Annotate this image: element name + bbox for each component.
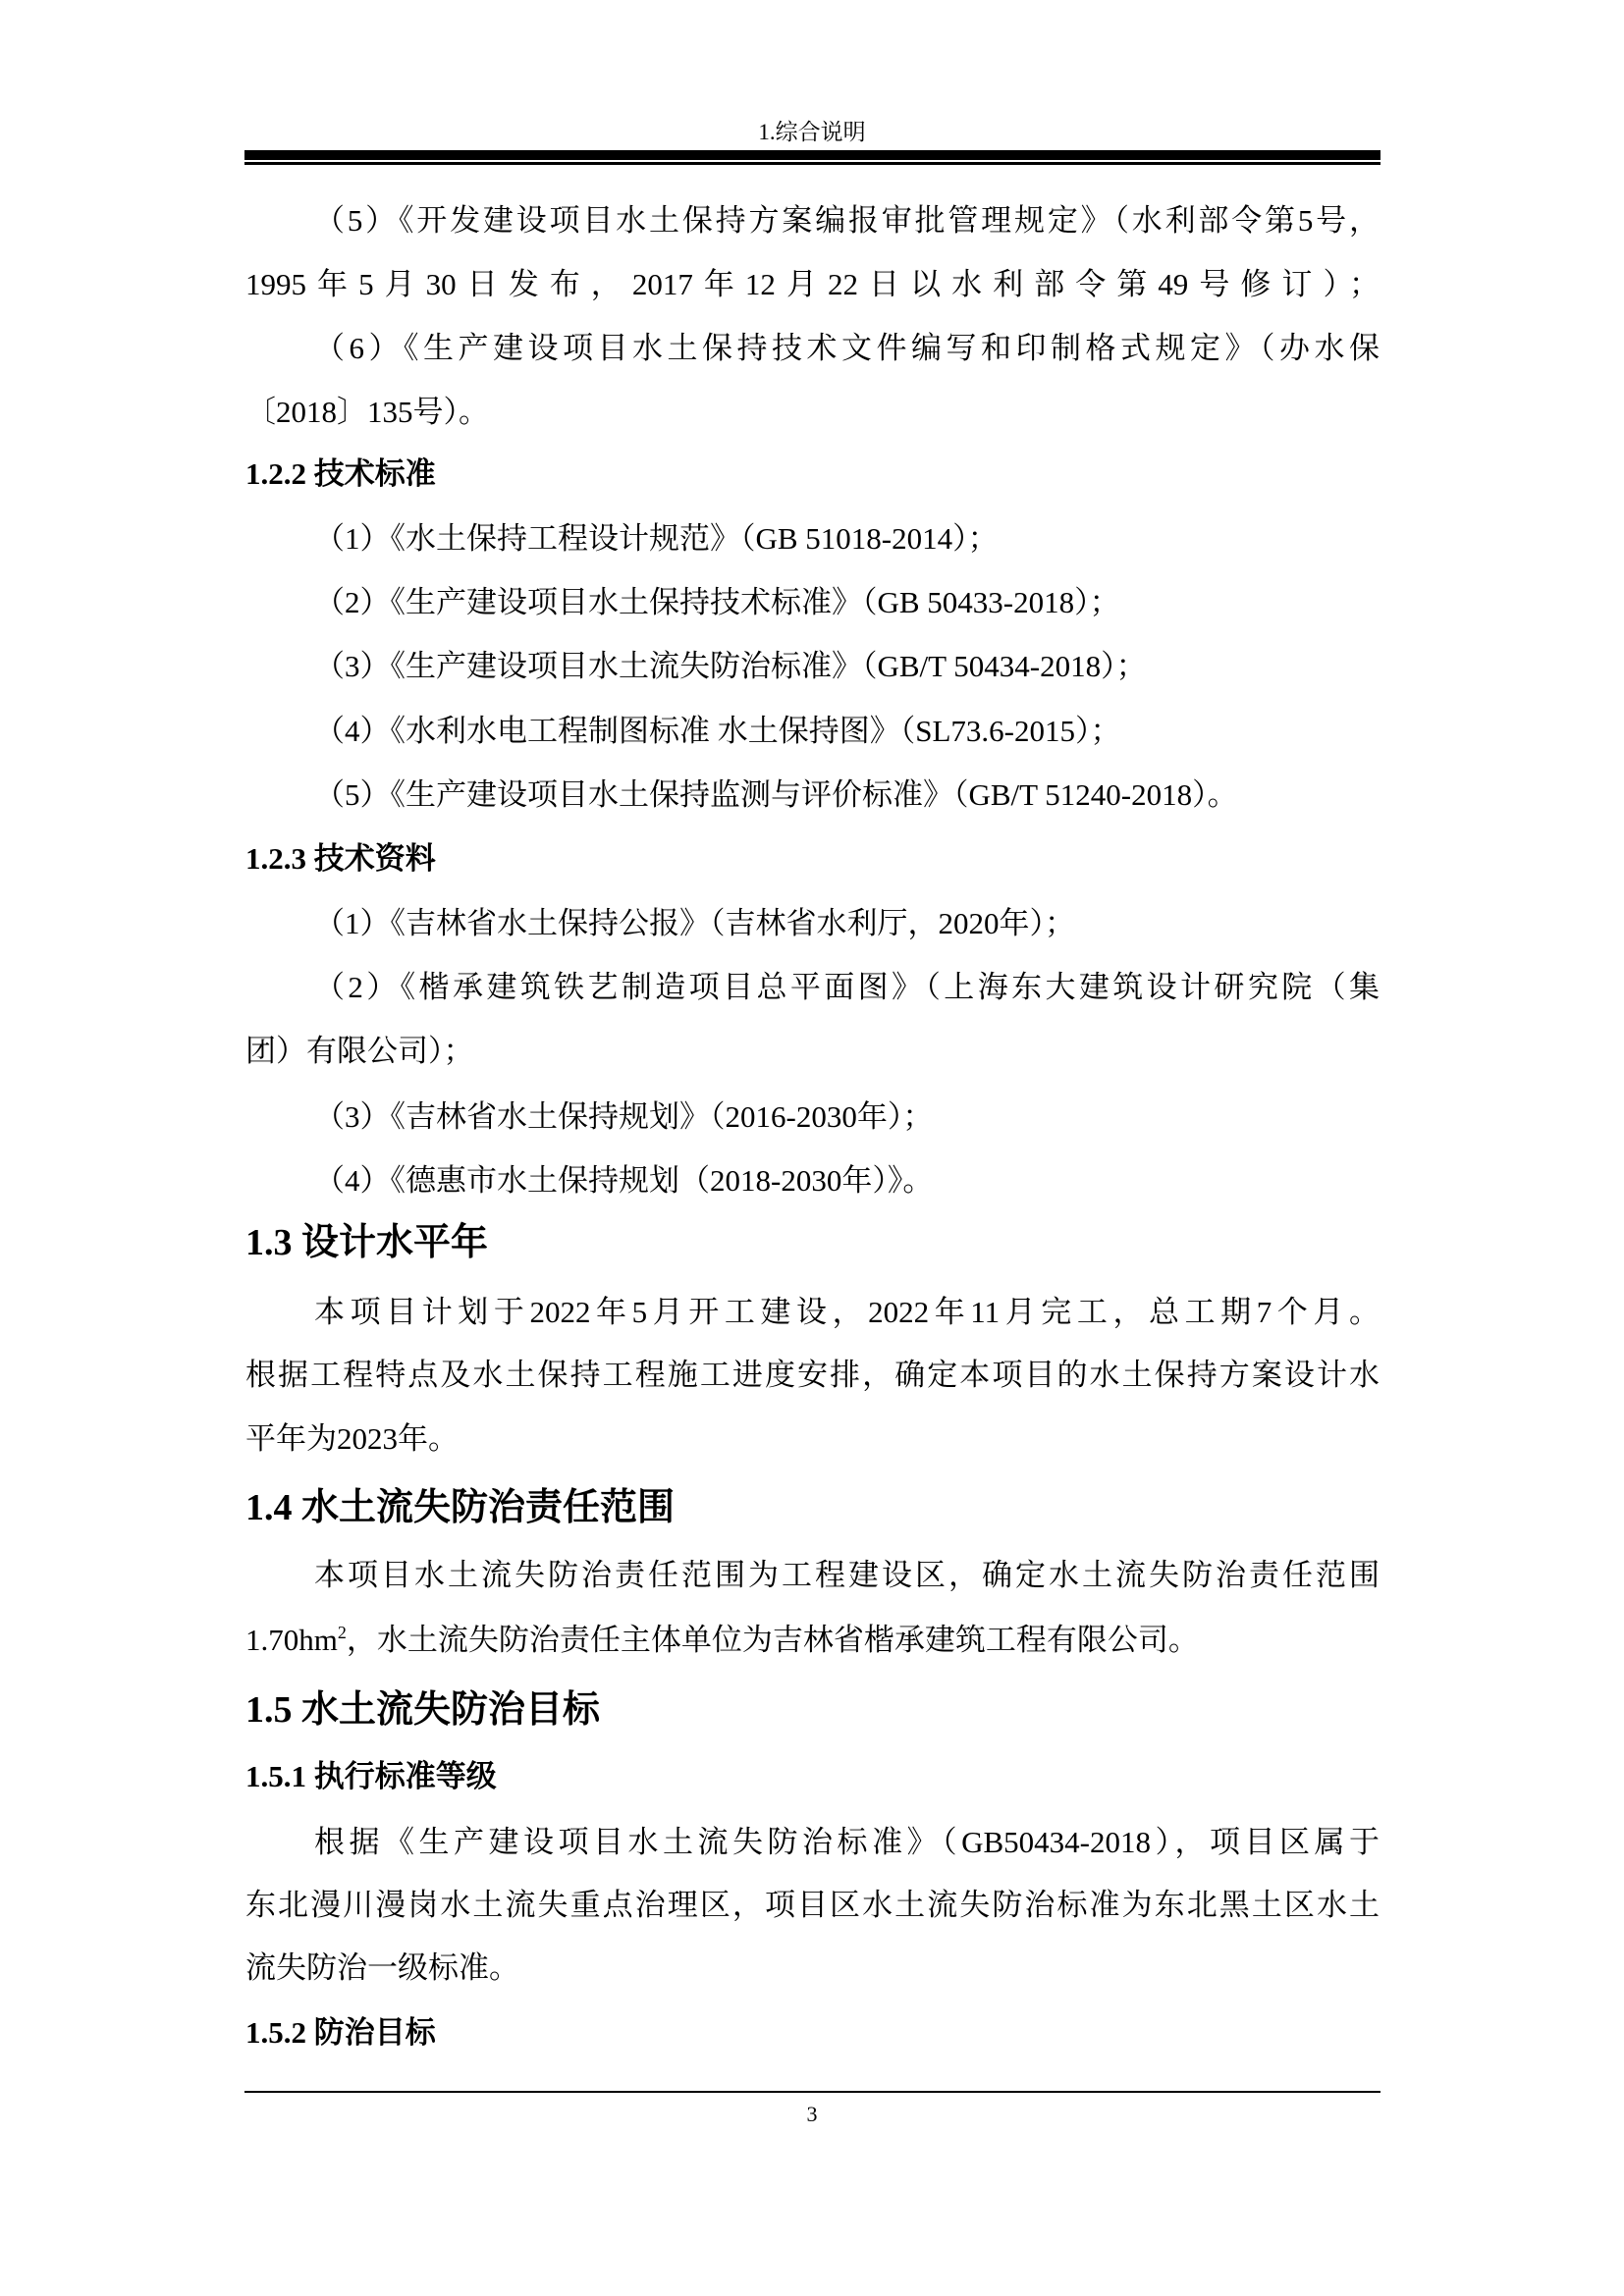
regulation-item-6-line-2: 〔2018〕135号）。 — [245, 393, 1380, 432]
header-rule-thick — [244, 150, 1380, 160]
standard-level-paragraph-line-3: 流失防治一级标准。 — [245, 1949, 1380, 1988]
section-heading-1-5: 1.5 水土流失防治目标 — [245, 1687, 600, 1733]
section-heading-1-5-1: 1.5.1 执行标准等级 — [245, 1757, 497, 1796]
responsibility-text: ，水土流失防治责任主体单位为吉林省楷承建筑工程有限公司。 — [347, 1623, 1199, 1657]
standard-item-3: （3）《生产建设项目水土流失防治标准》（GB/T 50434-2018）； — [245, 647, 1380, 686]
running-header: 1.综合说明 — [0, 119, 1624, 146]
standard-item-1: （1）《水土保持工程设计规范》（GB 51018-2014）； — [245, 519, 1380, 559]
reference-item-3: （3）《吉林省水土保持规划》（2016-2030年）； — [245, 1097, 1380, 1137]
standard-item-4: （4）《水利水电工程制图标准 水土保持图》（SL73.6-2015）； — [245, 712, 1380, 751]
reference-item-2-line-2: 团）有限公司）； — [245, 1032, 1380, 1071]
standard-level-paragraph-line-2: 东北漫川漫岗水土流失重点治理区，项目区水土流失防治标准为东北黑土区水土 — [245, 1886, 1380, 1925]
responsibility-paragraph-line-2: 1.70hm2，水土流失防治责任主体单位为吉林省楷承建筑工程有限公司。 — [245, 1621, 1380, 1660]
section-heading-1-3: 1.3 设计水平年 — [245, 1220, 488, 1265]
design-year-paragraph-line-1: 本项目计划于2022年5月开工建设，2022年11月完工，总工期7个月。 — [245, 1293, 1380, 1332]
section-heading-1-5-2: 1.5.2 防治目标 — [245, 2013, 436, 2053]
section-heading-1-2-3: 1.2.3 技术资料 — [245, 839, 436, 879]
area-unit-superscript: 2 — [338, 1623, 347, 1642]
standard-level-paragraph-line-1: 根据《生产建设项目水土流失防治标准》（GB50434-2018），项目区属于 — [245, 1823, 1380, 1862]
standard-item-5: （5）《生产建设项目水土保持监测与评价标准》（GB/T 51240-2018）。 — [245, 775, 1380, 815]
area-value: 1.70hm — [245, 1623, 338, 1657]
header-rule-thin — [244, 162, 1380, 165]
reference-item-2-line-1: （2）《楷承建筑铁艺制造项目总平面图》（上海东大建筑设计研究院（集 — [245, 968, 1380, 1007]
design-year-paragraph-line-3: 平年为2023年。 — [245, 1419, 1380, 1459]
footer-rule — [244, 2091, 1380, 2093]
design-year-paragraph-line-2: 根据工程特点及水土保持工程施工进度安排，确定本项目的水土保持方案设计水 — [245, 1356, 1380, 1395]
reference-item-4: （4）《德惠市水土保持规划（2018-2030年）》。 — [245, 1161, 1380, 1201]
regulation-item-5-line-2: 1995年5月30日发布，2017年12月22日以水利部令第49号修订）； — [245, 265, 1380, 304]
reference-item-1: （1）《吉林省水土保持公报》（吉林省水利厅，2020年）； — [245, 904, 1380, 943]
standard-item-2: （2）《生产建设项目水土保持技术标准》（GB 50433-2018）； — [245, 583, 1380, 622]
regulation-item-6-line-1: （6）《生产建设项目水土保持技术文件编写和印制格式规定》（办水保 — [245, 329, 1380, 368]
section-heading-1-2-2: 1.2.2 技术标准 — [245, 454, 436, 494]
page-number: 3 — [0, 2102, 1624, 2127]
section-heading-1-4: 1.4 水土流失防治责任范围 — [245, 1485, 675, 1530]
responsibility-paragraph-line-1: 本项目水土流失防治责任范围为工程建设区，确定水土流失防治责任范围 — [245, 1556, 1380, 1595]
regulation-item-5-line-1: （5）《开发建设项目水土保持方案编报审批管理规定》（水利部令第5号， — [245, 201, 1380, 240]
